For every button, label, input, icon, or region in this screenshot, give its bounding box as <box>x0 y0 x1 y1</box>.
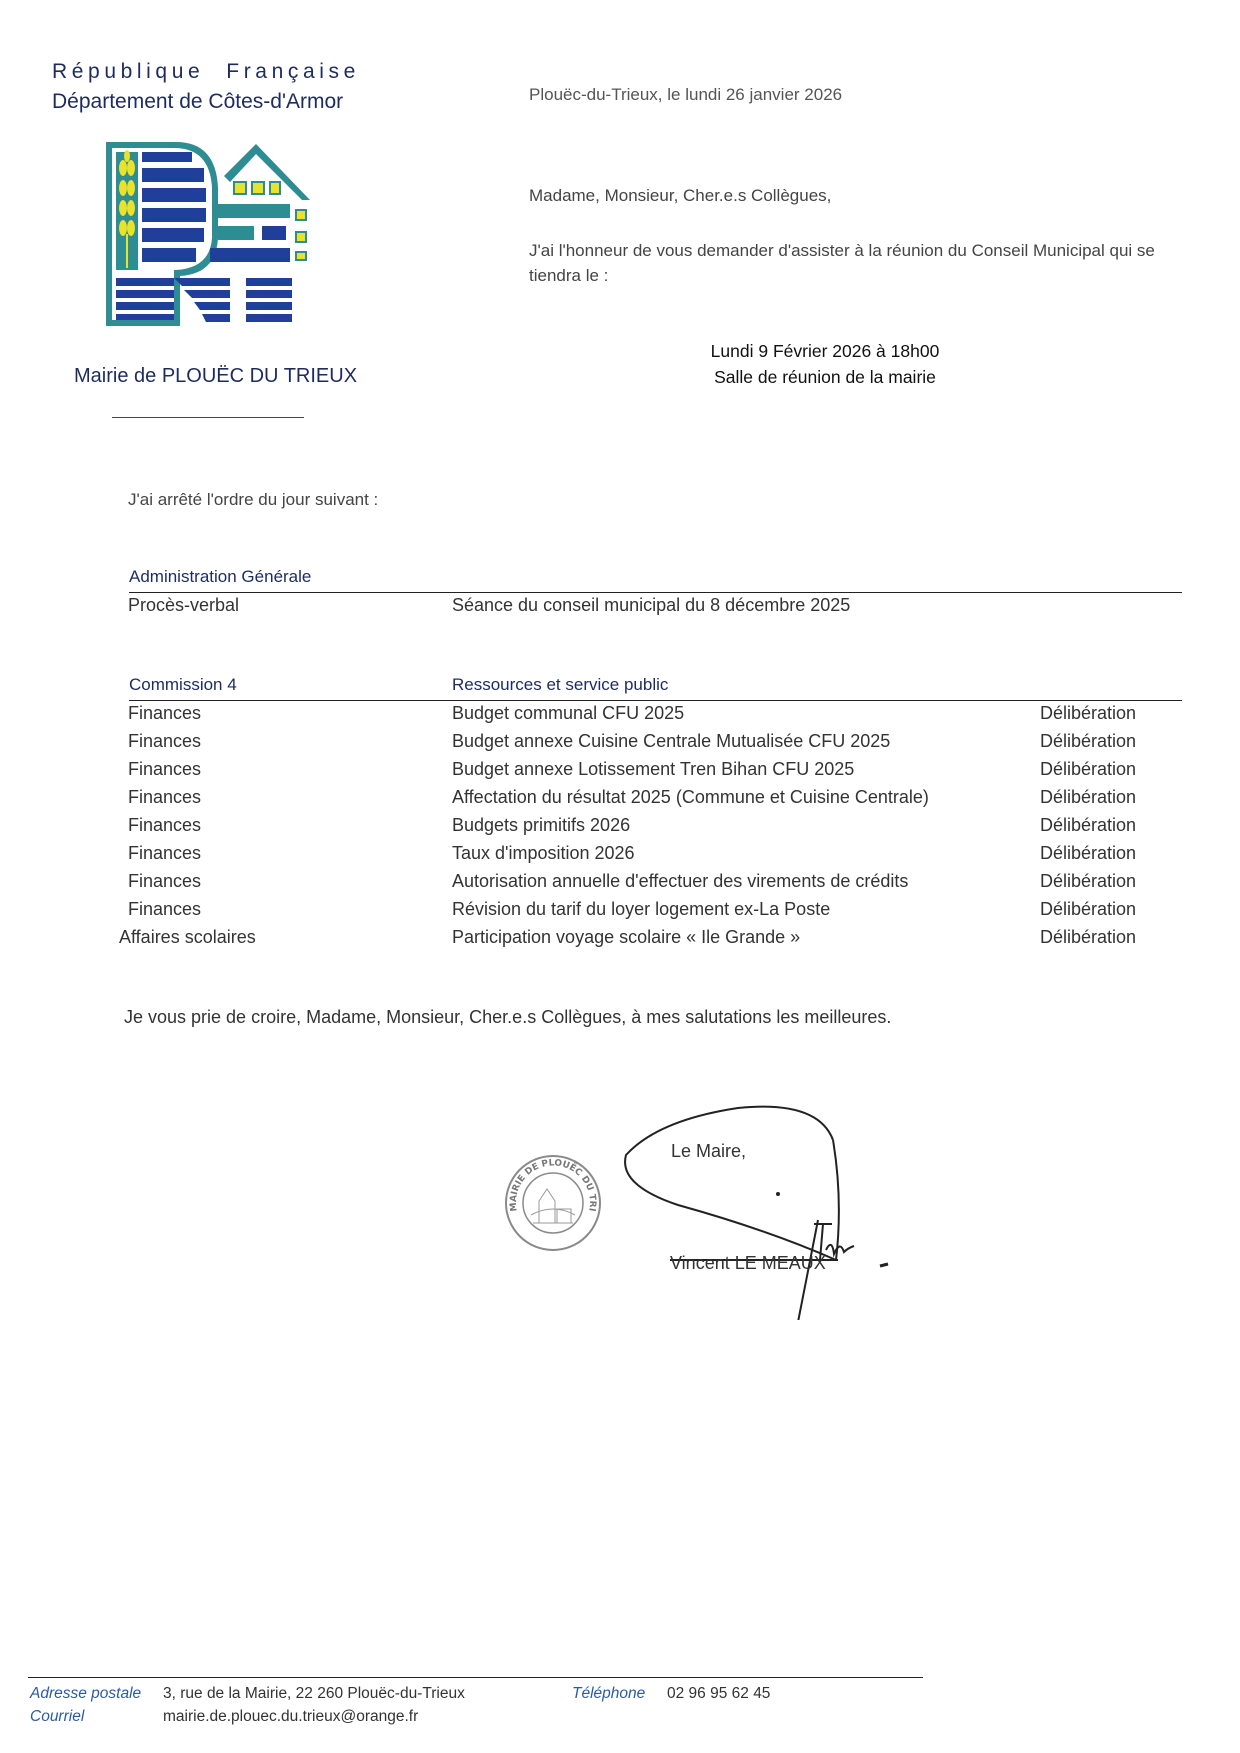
section-subtitle: Ressources et service public <box>452 675 668 695</box>
agenda-category: Finances <box>128 899 201 920</box>
agenda-row: FinancesTaux d'imposition 2026Délibérati… <box>0 843 1240 871</box>
municipal-logo-icon <box>106 138 310 326</box>
section-title: Administration Générale <box>129 567 311 587</box>
republique-francaise: RépubliqueFrançaise <box>52 60 360 84</box>
agenda-row: FinancesAffectation du résultat 2025 (Co… <box>0 787 1240 815</box>
mairie-title: Mairie de PLOUËC DU TRIEUX <box>74 365 357 388</box>
agenda-subject: Révision du tarif du loyer logement ex-L… <box>452 899 830 920</box>
section-title: Commission 4 <box>129 675 237 695</box>
agenda-type: Délibération <box>1040 703 1136 724</box>
agenda-subject: Taux d'imposition 2026 <box>452 843 635 864</box>
agenda-row: FinancesBudget annexe Cuisine Centrale M… <box>0 731 1240 759</box>
agenda-type: Délibération <box>1040 787 1136 808</box>
section-divider <box>129 700 1182 701</box>
agenda-row: FinancesBudget communal CFU 2025Délibéra… <box>0 703 1240 731</box>
meeting-datetime: Lundi 9 Février 2026 à 18h00 <box>600 338 1050 364</box>
meeting-block: Lundi 9 Février 2026 à 18h00 Salle de ré… <box>600 338 1050 390</box>
agenda-row: FinancesRévision du tarif du loyer logem… <box>0 899 1240 927</box>
agenda-subject: Budget annexe Cuisine Centrale Mutualisé… <box>452 731 890 752</box>
intro-paragraph: J'ai l'honneur de vous demander d'assist… <box>529 238 1189 288</box>
meeting-place: Salle de réunion de la mairie <box>600 364 1050 390</box>
republique-word: République <box>52 60 204 83</box>
agenda-row: Affaires scolairesParticipation voyage s… <box>0 927 1240 955</box>
agenda-subject: Budget communal CFU 2025 <box>452 703 684 724</box>
francaise-word: Française <box>226 60 360 83</box>
agenda-type: Délibération <box>1040 871 1136 892</box>
signer-name: Vincent LE MEAUX <box>670 1253 826 1274</box>
address-label: Adresse postale <box>30 1685 141 1703</box>
official-seal-icon: MAIRIE DE PLOUËC DU TRIEUX <box>503 1153 603 1253</box>
mairie-divider <box>112 417 304 418</box>
agenda-row: FinancesBudgets primitifs 2026Délibérati… <box>0 815 1240 843</box>
agenda-category: Affaires scolaires <box>119 927 256 948</box>
agenda-category: Finances <box>128 703 201 724</box>
agenda-category: Finances <box>128 787 201 808</box>
agenda-type: Délibération <box>1040 731 1136 752</box>
agenda-category: Procès-verbal <box>128 595 239 616</box>
phone-label: Téléphone <box>572 1685 645 1703</box>
agenda-type: Délibération <box>1040 927 1136 948</box>
closing-sentence: Je vous prie de croire, Madame, Monsieur… <box>124 1007 891 1028</box>
letter-date: Plouëc-du-Trieux, le lundi 26 janvier 20… <box>529 85 842 105</box>
email-label: Courriel <box>30 1708 84 1726</box>
agenda-subject: Séance du conseil municipal du 8 décembr… <box>452 595 850 616</box>
agenda-category: Finances <box>128 843 201 864</box>
agenda-type: Délibération <box>1040 843 1136 864</box>
agenda-subject: Autorisation annuelle d'effectuer des vi… <box>452 871 908 892</box>
phone-value: 02 96 95 62 45 <box>667 1685 770 1703</box>
salutation: Madame, Monsieur, Cher.e.s Collègues, <box>529 186 831 206</box>
agenda-category: Finances <box>128 815 201 836</box>
footer-divider <box>28 1677 923 1678</box>
section-divider <box>129 592 1182 593</box>
signature-scribble-icon <box>618 1100 908 1320</box>
agenda-row: FinancesAutorisation annuelle d'effectue… <box>0 871 1240 899</box>
agenda-type: Délibération <box>1040 899 1136 920</box>
email-link[interactable]: mairie.de.plouec.du.trieux@orange.fr <box>163 1708 418 1726</box>
departement-title: Département de Côtes-d'Armor <box>52 90 343 114</box>
agenda-category: Finances <box>128 759 201 780</box>
agenda-row: FinancesBudget annexe Lotissement Tren B… <box>0 759 1240 787</box>
agenda-subject: Participation voyage scolaire « Ile Gran… <box>452 927 800 948</box>
agenda-subject: Budgets primitifs 2026 <box>452 815 630 836</box>
agenda-type: Délibération <box>1040 815 1136 836</box>
agenda-category: Finances <box>128 731 201 752</box>
agenda-type: Délibération <box>1040 759 1136 780</box>
agenda-category: Finances <box>128 871 201 892</box>
agenda-subject: Budget annexe Lotissement Tren Bihan CFU… <box>452 759 854 780</box>
address-value: 3, rue de la Mairie, 22 260 Plouëc-du-Tr… <box>163 1685 465 1703</box>
agenda-intro: J'ai arrêté l'ordre du jour suivant : <box>128 490 378 510</box>
agenda-row: Procès-verbal Séance du conseil municipa… <box>0 595 1240 623</box>
signer-role: Le Maire, <box>671 1141 746 1162</box>
agenda-subject: Affectation du résultat 2025 (Commune et… <box>452 787 929 808</box>
